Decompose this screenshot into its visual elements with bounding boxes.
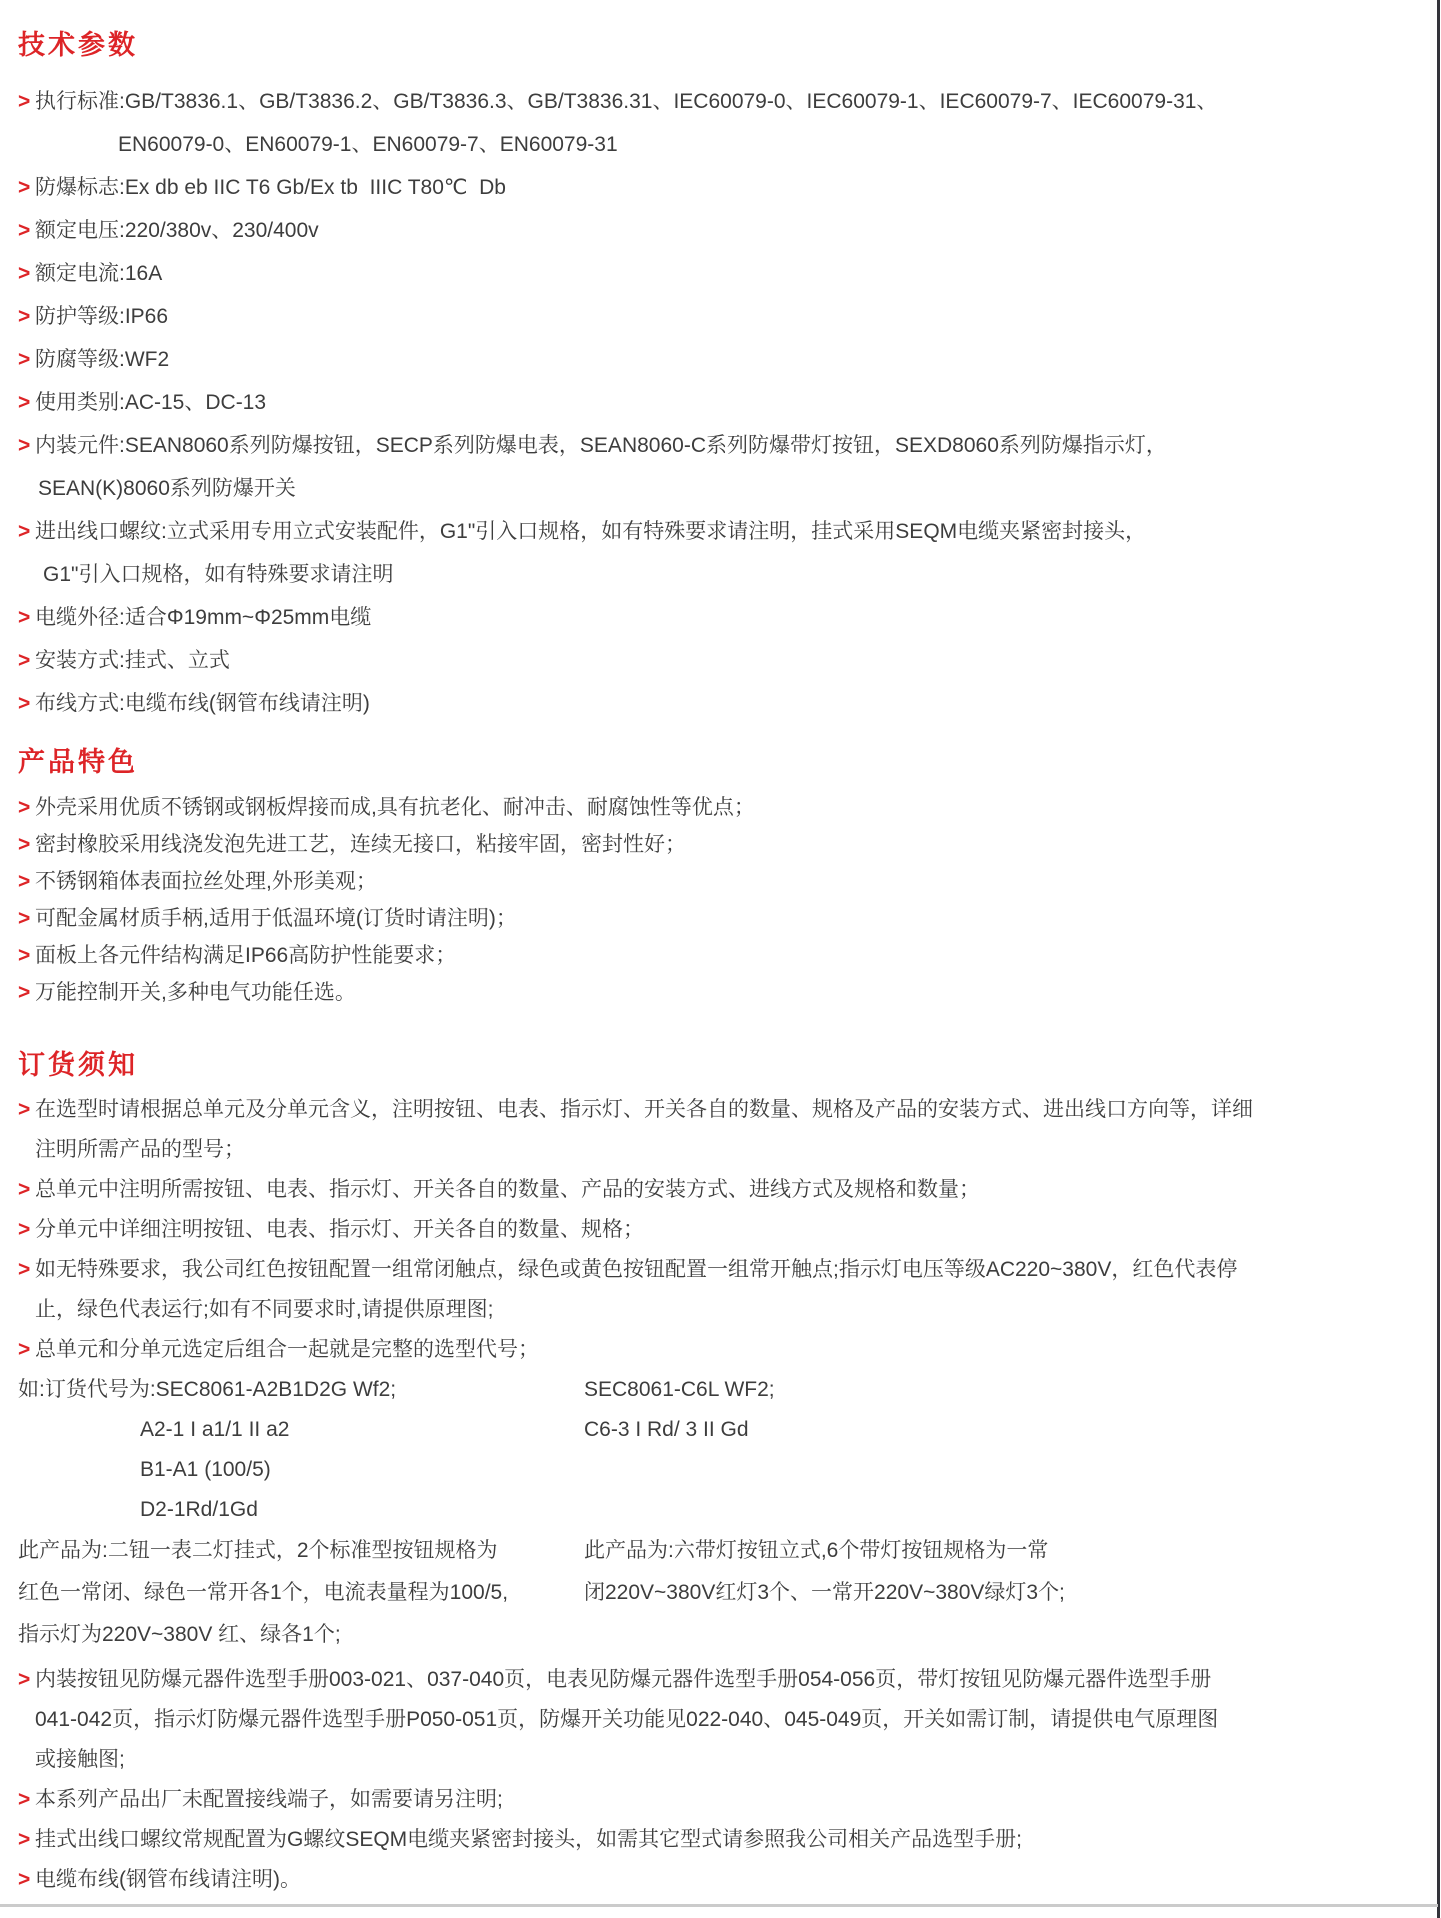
example-left-code: D2-1Rd/1Gd	[18, 1490, 584, 1530]
bullet-item: >电缆外径:适合Φ19mm~Φ25mm电缆	[18, 596, 1418, 639]
bullet-marker-icon: >	[18, 295, 35, 338]
bullet-marker-icon: >	[18, 863, 35, 900]
example-right-code: C6-3 I Rd/ 3 II Gd	[584, 1410, 749, 1450]
catalog-page: 技术参数 >执行标准:GB/T3836.1、GB/T3836.2、GB/T383…	[0, 0, 1441, 1918]
section-title-ordering-notes: 订货须知	[18, 1048, 1418, 1082]
bullet-item: >分单元中详细注明按钮、电表、指示灯、开关各自的数量、规格；	[18, 1210, 1418, 1250]
bullet-text: 万能控制开关,多种电气功能任选。	[35, 981, 356, 1004]
bullet-line: >额定电流:16A	[18, 252, 1418, 295]
bullet-item: >使用类别:AC-15、DC-13	[18, 381, 1418, 424]
bullet-marker-icon: >	[18, 1090, 35, 1130]
example-desc-right-line: 闭220V~380V红灯3个、一常开220V~380V绿灯3个;	[584, 1572, 1065, 1614]
bullet-text: 内装元件:SEAN8060系列防爆按钮，SECP系列防爆电表，SEAN8060-…	[35, 434, 1167, 457]
bullet-text: 总单元和分单元选定后组合一起就是完整的选型代号；	[35, 1338, 539, 1361]
bullet-line: >万能控制开关,多种电气功能任选。	[18, 974, 1418, 1011]
example-left-code: 如:订货代号为:SEC8061-A2B1D2G Wf2;	[18, 1370, 584, 1410]
bullet-text: 电缆外径:适合Φ19mm~Φ25mm电缆	[35, 606, 371, 629]
bullet-item: >总单元和分单元选定后组合一起就是完整的选型代号；	[18, 1330, 1418, 1370]
section-title-product-features: 产品特色	[18, 745, 1418, 779]
bullet-text: 使用类别:AC-15、DC-13	[35, 391, 266, 414]
bullet-marker-icon: >	[18, 381, 35, 424]
page-content: 技术参数 >执行标准:GB/T3836.1、GB/T3836.2、GB/T383…	[18, 28, 1418, 1900]
bullet-text: 可配金属材质手柄,适用于低温环境(订货时请注明)；	[35, 907, 517, 930]
bullet-line: >可配金属材质手柄,适用于低温环境(订货时请注明)；	[18, 900, 1418, 937]
bullet-item: >不锈钢箱体表面拉丝处理,外形美观；	[18, 863, 1418, 900]
ordering-example-block: 如:订货代号为:SEC8061-A2B1D2G Wf2;SEC8061-C6L …	[18, 1370, 1418, 1656]
example-description-left: 此产品为:二钮一表二灯挂式，2个标准型按钮规格为红色一常闭、绿色一常开各1个，电…	[18, 1530, 584, 1656]
bullet-line: 注明所需产品的型号；	[18, 1130, 1418, 1170]
bullet-marker-icon: >	[18, 1330, 35, 1370]
bullet-line: >外壳采用优质不锈钢或钢板焊接而成,具有抗老化、耐冲击、耐腐蚀性等优点；	[18, 789, 1418, 826]
bullet-item: >面板上各元件结构满足IP66高防护性能要求；	[18, 937, 1418, 974]
bullet-marker-icon: >	[18, 209, 35, 252]
bullet-line: >面板上各元件结构满足IP66高防护性能要求；	[18, 937, 1418, 974]
bullet-text: 面板上各元件结构满足IP66高防护性能要求；	[35, 944, 456, 967]
bullet-line: >额定电压:220/380v、230/400v	[18, 209, 1418, 252]
bullet-text: 防腐等级:WF2	[35, 348, 169, 371]
page-right-border	[1437, 0, 1440, 1918]
bullet-item: >总单元中注明所需按钮、电表、指示灯、开关各自的数量、产品的安装方式、进线方式及…	[18, 1170, 1418, 1210]
bullet-marker-icon: >	[18, 80, 35, 123]
bullet-marker-icon: >	[18, 900, 35, 937]
bullet-line: >在选型时请根据总单元及分单元含义，注明按钮、电表、指示灯、开关各自的数量、规格…	[18, 1090, 1418, 1130]
bullet-line: >总单元中注明所需按钮、电表、指示灯、开关各自的数量、产品的安装方式、进线方式及…	[18, 1170, 1418, 1210]
bullet-line: >本系列产品出厂未配置接线端子，如需要请另注明;	[18, 1780, 1418, 1820]
bullet-line: >防爆标志:Ex db eb IIC T6 Gb/Ex tb IIIC T80℃…	[18, 166, 1418, 209]
bullet-text: 安装方式:挂式、立式	[35, 649, 230, 672]
bullet-marker-icon: >	[18, 937, 35, 974]
bullet-text: 挂式出线口螺纹常规配置为G螺纹SEQM电缆夹紧密封接头，如需其它型式请参照我公司…	[35, 1828, 1022, 1851]
bullet-text: 进出线口螺纹:立式采用专用立式安装配件，G1"引入口规格，如有特殊要求请注明，挂…	[35, 520, 1146, 543]
bullet-line: SEAN(K)8060系列防爆开关	[18, 467, 1418, 510]
bullet-marker-icon: >	[18, 1780, 35, 1820]
bullet-item: >万能控制开关,多种电气功能任选。	[18, 974, 1418, 1011]
bullet-line: >电缆外径:适合Φ19mm~Φ25mm电缆	[18, 596, 1418, 639]
bullet-line: EN60079-0、EN60079-1、EN60079-7、EN60079-31	[18, 123, 1418, 166]
bullet-marker-icon: >	[18, 596, 35, 639]
bullet-text: SEAN(K)8060系列防爆开关	[38, 477, 296, 500]
tech-params-list: >执行标准:GB/T3836.1、GB/T3836.2、GB/T3836.3、G…	[18, 80, 1418, 725]
bullet-item: >如无特殊要求，我公司红色按钮配置一组常闭触点，绿色或黄色按钮配置一组常开触点;…	[18, 1250, 1418, 1330]
bullet-text: 执行标准:GB/T3836.1、GB/T3836.2、GB/T3836.3、GB…	[35, 90, 1217, 113]
bullet-item: >防腐等级:WF2	[18, 338, 1418, 381]
bullet-line: >不锈钢箱体表面拉丝处理,外形美观；	[18, 863, 1418, 900]
example-desc-left-line: 此产品为:二钮一表二灯挂式，2个标准型按钮规格为	[18, 1530, 584, 1572]
bullet-line: >进出线口螺纹:立式采用专用立式安装配件，G1"引入口规格，如有特殊要求请注明，…	[18, 510, 1418, 553]
bullet-marker-icon: >	[18, 166, 35, 209]
bullet-text: 密封橡胶采用线浇发泡先进工艺，连续无接口，粘接牢固，密封性好；	[35, 833, 686, 856]
bullet-line: >执行标准:GB/T3836.1、GB/T3836.2、GB/T3836.3、G…	[18, 80, 1418, 123]
example-row: D2-1Rd/1Gd	[18, 1490, 1418, 1530]
bullet-item: >进出线口螺纹:立式采用专用立式安装配件，G1"引入口规格，如有特殊要求请注明，…	[18, 510, 1418, 596]
bullet-marker-icon: >	[18, 1250, 35, 1290]
bullet-marker-icon: >	[18, 252, 35, 295]
bullet-item: >内装按钮见防爆元器件选型手册003-021、037-040页，电表见防爆元器件…	[18, 1660, 1418, 1780]
bullet-line: >布线方式:电缆布线(钢管布线请注明)	[18, 682, 1418, 725]
bullet-text: 注明所需产品的型号；	[35, 1138, 245, 1161]
bullet-line: >内装按钮见防爆元器件选型手册003-021、037-040页，电表见防爆元器件…	[18, 1660, 1418, 1700]
bullet-marker-icon: >	[18, 338, 35, 381]
bullet-marker-icon: >	[18, 424, 35, 467]
bullet-text: 或接触图;	[35, 1748, 125, 1771]
bullet-marker-icon: >	[18, 1860, 35, 1900]
bullet-item: >防护等级:IP66	[18, 295, 1418, 338]
bullet-line: >防腐等级:WF2	[18, 338, 1418, 381]
example-row: 如:订货代号为:SEC8061-A2B1D2G Wf2;SEC8061-C6L …	[18, 1370, 1418, 1410]
bullet-item: >额定电流:16A	[18, 252, 1418, 295]
bullet-item: >挂式出线口螺纹常规配置为G螺纹SEQM电缆夹紧密封接头，如需其它型式请参照我公…	[18, 1820, 1418, 1860]
bullet-text: 总单元中注明所需按钮、电表、指示灯、开关各自的数量、产品的安装方式、进线方式及规…	[35, 1178, 980, 1201]
ordering-notes-list-continued: >内装按钮见防爆元器件选型手册003-021、037-040页，电表见防爆元器件…	[18, 1660, 1418, 1900]
bullet-text: EN60079-0、EN60079-1、EN60079-7、EN60079-31	[118, 133, 618, 156]
bullet-line: 041-042页，指示灯防爆元器件选型手册P050-051页，防爆开关功能见02…	[18, 1700, 1418, 1740]
example-descriptions: 此产品为:二钮一表二灯挂式，2个标准型按钮规格为红色一常闭、绿色一常开各1个，电…	[18, 1530, 1418, 1656]
bullet-text: 041-042页，指示灯防爆元器件选型手册P050-051页，防爆开关功能见02…	[35, 1708, 1218, 1731]
example-desc-left-line: 红色一常闭、绿色一常开各1个，电流表量程为100/5,	[18, 1572, 584, 1614]
bullet-item: >内装元件:SEAN8060系列防爆按钮，SECP系列防爆电表，SEAN8060…	[18, 424, 1418, 510]
bullet-line: >内装元件:SEAN8060系列防爆按钮，SECP系列防爆电表，SEAN8060…	[18, 424, 1418, 467]
example-left-code: A2-1 I a1/1 II a2	[18, 1410, 584, 1450]
bullet-text: 额定电压:220/380v、230/400v	[35, 219, 319, 242]
bullet-text: 防护等级:IP66	[35, 305, 168, 328]
bullet-line: >挂式出线口螺纹常规配置为G螺纹SEQM电缆夹紧密封接头，如需其它型式请参照我公…	[18, 1820, 1418, 1860]
bullet-line: >如无特殊要求，我公司红色按钮配置一组常闭触点，绿色或黄色按钮配置一组常开触点;…	[18, 1250, 1418, 1290]
bullet-text: 布线方式:电缆布线(钢管布线请注明)	[35, 692, 370, 715]
bullet-text: 不锈钢箱体表面拉丝处理,外形美观；	[35, 870, 377, 893]
bullet-item: >防爆标志:Ex db eb IIC T6 Gb/Ex tb IIIC T80℃…	[18, 166, 1418, 209]
example-desc-right-line: 此产品为:六带灯按钮立式,6个带灯按钮规格为一常	[584, 1530, 1065, 1572]
bullet-text: 本系列产品出厂未配置接线端子，如需要请另注明;	[35, 1788, 503, 1811]
section-title-tech-params: 技术参数	[18, 28, 1418, 62]
example-row: B1-A1 (100/5)	[18, 1450, 1418, 1490]
bullet-text: 在选型时请根据总单元及分单元含义，注明按钮、电表、指示灯、开关各自的数量、规格及…	[35, 1098, 1253, 1121]
bullet-item: >执行标准:GB/T3836.1、GB/T3836.2、GB/T3836.3、G…	[18, 80, 1418, 166]
bullet-text: 内装按钮见防爆元器件选型手册003-021、037-040页，电表见防爆元器件选…	[35, 1668, 1211, 1691]
bullet-marker-icon: >	[18, 826, 35, 863]
example-row: A2-1 I a1/1 II a2C6-3 I Rd/ 3 II Gd	[18, 1410, 1418, 1450]
bullet-text: 外壳采用优质不锈钢或钢板焊接而成,具有抗老化、耐冲击、耐腐蚀性等优点；	[35, 796, 755, 819]
bullet-marker-icon: >	[18, 510, 35, 553]
bullet-item: >本系列产品出厂未配置接线端子，如需要请另注明;	[18, 1780, 1418, 1820]
bullet-text: 如无特殊要求，我公司红色按钮配置一组常闭触点，绿色或黄色按钮配置一组常开触点;指…	[35, 1258, 1237, 1281]
bullet-marker-icon: >	[18, 1820, 35, 1860]
bullet-line: >安装方式:挂式、立式	[18, 639, 1418, 682]
bullet-line: >防护等级:IP66	[18, 295, 1418, 338]
bullet-marker-icon: >	[18, 639, 35, 682]
bullet-item: >外壳采用优质不锈钢或钢板焊接而成,具有抗老化、耐冲击、耐腐蚀性等优点；	[18, 789, 1418, 826]
example-description-right: 此产品为:六带灯按钮立式,6个带灯按钮规格为一常闭220V~380V红灯3个、一…	[584, 1530, 1065, 1614]
bullet-text: G1"引入口规格，如有特殊要求请注明	[43, 563, 393, 586]
example-desc-left-line: 指示灯为220V~380V 红、绿各1个;	[18, 1614, 584, 1656]
bullet-line: >总单元和分单元选定后组合一起就是完整的选型代号；	[18, 1330, 1418, 1370]
example-right-code: SEC8061-C6L WF2;	[584, 1370, 775, 1410]
bullet-item: >电缆布线(钢管布线请注明)。	[18, 1860, 1418, 1900]
bullet-item: >可配金属材质手柄,适用于低温环境(订货时请注明)；	[18, 900, 1418, 937]
bullet-item: >在选型时请根据总单元及分单元含义，注明按钮、电表、指示灯、开关各自的数量、规格…	[18, 1090, 1418, 1170]
bullet-line: G1"引入口规格，如有特殊要求请注明	[18, 553, 1418, 596]
section-product-features: 产品特色 >外壳采用优质不锈钢或钢板焊接而成,具有抗老化、耐冲击、耐腐蚀性等优点…	[18, 745, 1418, 1011]
bullet-item: >额定电压:220/380v、230/400v	[18, 209, 1418, 252]
bullet-line: >使用类别:AC-15、DC-13	[18, 381, 1418, 424]
bullet-item: >密封橡胶采用线浇发泡先进工艺，连续无接口，粘接牢固，密封性好；	[18, 826, 1418, 863]
bullet-marker-icon: >	[18, 789, 35, 826]
bullet-text: 分单元中详细注明按钮、电表、指示灯、开关各自的数量、规格；	[35, 1218, 644, 1241]
bullet-marker-icon: >	[18, 1660, 35, 1700]
product-features-list: >外壳采用优质不锈钢或钢板焊接而成,具有抗老化、耐冲击、耐腐蚀性等优点；>密封橡…	[18, 789, 1418, 1011]
bullet-line: >分单元中详细注明按钮、电表、指示灯、开关各自的数量、规格；	[18, 1210, 1418, 1250]
bullet-line: >密封橡胶采用线浇发泡先进工艺，连续无接口，粘接牢固，密封性好；	[18, 826, 1418, 863]
example-left-code: B1-A1 (100/5)	[18, 1450, 584, 1490]
bullet-line: 或接触图;	[18, 1740, 1418, 1780]
bullet-item: >安装方式:挂式、立式	[18, 639, 1418, 682]
bullet-text: 电缆布线(钢管布线请注明)。	[35, 1868, 301, 1891]
bullet-text: 防爆标志:Ex db eb IIC T6 Gb/Ex tb IIIC T80℃ …	[35, 176, 506, 199]
section-tech-params: 技术参数 >执行标准:GB/T3836.1、GB/T3836.2、GB/T383…	[18, 28, 1418, 725]
page-bottom-divider	[0, 1904, 1438, 1907]
section-ordering-notes: 订货须知 >在选型时请根据总单元及分单元含义，注明按钮、电表、指示灯、开关各自的…	[18, 1048, 1418, 1900]
bullet-marker-icon: >	[18, 1170, 35, 1210]
bullet-marker-icon: >	[18, 1210, 35, 1250]
bullet-item: >布线方式:电缆布线(钢管布线请注明)	[18, 682, 1418, 725]
bullet-text: 额定电流:16A	[35, 262, 162, 285]
bullet-line: 止，绿色代表运行;如有不同要求时,请提供原理图;	[18, 1290, 1418, 1330]
bullet-line: >电缆布线(钢管布线请注明)。	[18, 1860, 1418, 1900]
bullet-text: 止，绿色代表运行;如有不同要求时,请提供原理图;	[35, 1298, 494, 1321]
bullet-marker-icon: >	[18, 974, 35, 1011]
bullet-marker-icon: >	[18, 682, 35, 725]
ordering-notes-list: >在选型时请根据总单元及分单元含义，注明按钮、电表、指示灯、开关各自的数量、规格…	[18, 1090, 1418, 1370]
